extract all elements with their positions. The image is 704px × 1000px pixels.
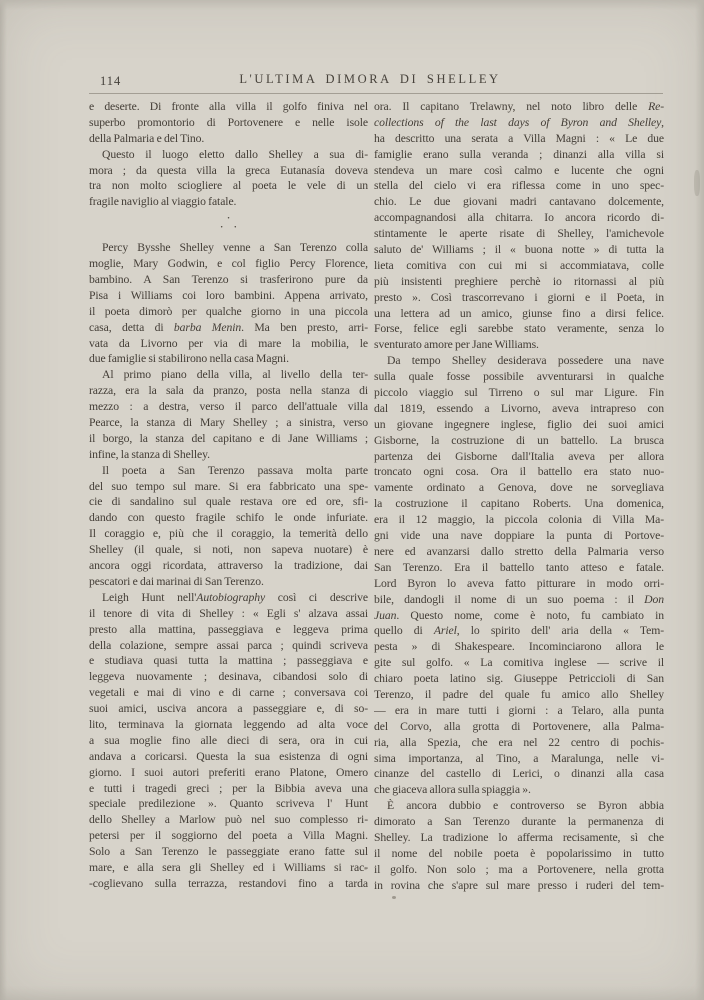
- text: ,: [661, 116, 664, 129]
- italic-text: Autobiography: [196, 591, 265, 604]
- scan-speck: [392, 896, 396, 899]
- text-line: gni vide una nave doppiare la punta di P…: [374, 528, 664, 544]
- text-line: suoi amici, usciva ancora a passeggiare …: [89, 701, 368, 717]
- text-line: chiaro poeta latino sig. Giuseppe Petric…: [374, 671, 664, 687]
- text-line: famiglie erano sulla veranda ; dinanzi a…: [374, 147, 664, 163]
- text-line: ora. Il capitano Trelawny, nel noto libr…: [374, 99, 664, 115]
- text-line: stendeva un mare così calmo e lucente ch…: [374, 163, 664, 179]
- text-line: che giaceva allora sulla spiaggia ».: [374, 782, 664, 798]
- text-line: bambino. A San Terenzo si trasferirono p…: [89, 272, 368, 288]
- text-line: Questo il luogo eletto dallo Shelley a s…: [89, 147, 368, 163]
- text-line: casa, detta di barba Menin. Ma ben prest…: [89, 320, 368, 336]
- text-line: una lettera ad un amico, giunse fino a d…: [374, 306, 664, 322]
- text: Leigh Hunt nell': [102, 591, 196, 604]
- text-line: era il 12 maggio, la piccola colonia di …: [374, 512, 664, 528]
- text-line: leggeva nuovamente ; desinava, cibandosi…: [89, 669, 368, 685]
- text-line: bile, dandogli il nome di un suo poema :…: [374, 592, 664, 608]
- scan-smudge: [694, 170, 700, 196]
- text-line: Gisborne, la costruzione di un battello.…: [374, 433, 664, 449]
- italic-text: Don: [644, 593, 664, 606]
- text-line: Forse, felice egli sarebbe stato veramen…: [374, 321, 664, 337]
- text-line: Terenzo, il padre del quale fu amico all…: [374, 687, 664, 703]
- text-line: collections of the last days of Byron an…: [374, 115, 664, 131]
- text-line: vata da Livorno per via di mare la mobil…: [89, 336, 368, 352]
- text-line: due famiglie si stabilirono nella casa M…: [89, 351, 368, 367]
- text: . Questo nome, come è noto, fu cambiato …: [396, 609, 664, 622]
- text-line: dimorato a San Terenzo durante la perman…: [374, 814, 664, 830]
- text-line: vamente ordinato a Genova, dove ne sorve…: [374, 480, 664, 496]
- text-line: Juan. Questo nome, come è noto, fu cambi…: [374, 608, 664, 624]
- text-line: È ancora dubbio e controverso se Byron a…: [374, 798, 664, 814]
- text-line: stella del cielo vi era riflessa come in…: [374, 178, 664, 194]
- text-line: speciale predilezione ». Quanto scriveva…: [89, 796, 368, 812]
- text-line: tra non molto sciogliere al poeta le vel…: [89, 178, 368, 194]
- text-line: Pearce, la stanza di Mary Shelley ; a si…: [89, 415, 368, 431]
- text-line: sulla quale fosse possibile avventurarsi…: [374, 369, 664, 385]
- text-line: razza, era la sala da pranzo, posta nell…: [89, 383, 368, 399]
- text-line: gite sul golfo. « La comitiva inglese — …: [374, 655, 664, 671]
- text-line: — era in mare tutti i giorni : a Telaro,…: [374, 703, 664, 719]
- text-line: un giovane ingegnere inglese, figlio dei…: [374, 417, 664, 433]
- text: ora. Il capitano Trelawny, nel noto libr…: [374, 100, 648, 113]
- text-line: vegetali e mai di vino e di carne ; conv…: [89, 685, 368, 701]
- text: quello di: [374, 624, 434, 637]
- text-line: il poeta dimorò per qualche giorno in un…: [89, 304, 368, 320]
- text-line: la costruzione il capitano Roberts. Una …: [374, 496, 664, 512]
- text-line: andava a coricarsi. Questa la sua esiste…: [89, 749, 368, 765]
- book-page: 114 L'ULTIMA DIMORA DI SHELLEY e deserte…: [0, 0, 704, 1000]
- text-line: Lord Byron lo aveva fatto pitturare in m…: [374, 576, 664, 592]
- text-line: pesta » di Shakespeare. Incominciarono a…: [374, 639, 664, 655]
- running-title: L'ULTIMA DIMORA DI SHELLEY: [160, 72, 580, 87]
- text-line: Leigh Hunt nell'Autobiography così ci de…: [89, 590, 368, 606]
- text-line: Al primo piano della villa, al livello d…: [89, 367, 368, 383]
- italic-text: Juan: [374, 609, 396, 622]
- text-line: giorno. I suoi autori preferiti erano Pl…: [89, 765, 368, 781]
- text-line: e tutti i tragedi greci ; per la Bibbia …: [89, 781, 368, 797]
- text-line: mezzo : a destra, verso il parco dell'at…: [89, 399, 368, 415]
- text-line: sima importanza, al Tino, a Maralunga, n…: [374, 751, 664, 767]
- paragraph: Da tempo Shelley desiderava possedere un…: [374, 353, 664, 798]
- text-line: ancora oggi ricordata, attraverso la tra…: [89, 558, 368, 574]
- text-line: il nome del nobile poeta è popolarissimo…: [374, 846, 664, 862]
- paragraph: Leigh Hunt nell'Autobiography così ci de…: [89, 590, 368, 892]
- asterism-separator: ·· ·: [89, 210, 368, 240]
- text-line: più insistenti preghiere perchè io ritor…: [374, 274, 664, 290]
- text-line: Da tempo Shelley desiderava possedere un…: [374, 353, 664, 369]
- text-line: piccolo viaggio sul Tirreno o sul mar Li…: [374, 385, 664, 401]
- text-line: Shelley. La tradizione lo afferma recisa…: [374, 830, 664, 846]
- text-line: presto alla mattina, passeggiava e legge…: [89, 622, 368, 638]
- text-line: della Palmaria e del Tino.: [89, 131, 368, 147]
- text-line: cie di sandalino sul quale restava ore e…: [89, 494, 368, 510]
- text-line: Shelley (il quale, si noti, non sapeva n…: [89, 542, 368, 558]
- text-line: pescatori e dai marinai di San Terenzo.: [89, 574, 368, 590]
- text-line: dal 1819, essendo a Livorno, aveva intra…: [374, 401, 664, 417]
- text-line: e studiava quasi tutta la mattina ; pass…: [89, 653, 368, 669]
- text-line: mare, e alla sera gli Shelley ed i Willi…: [89, 860, 368, 876]
- text-line: presto ». Così trascorrevano i giorni e …: [374, 290, 664, 306]
- italic-text: Re-: [648, 100, 664, 113]
- text-line: del suo tempo sul mare. Si era fabbricat…: [89, 479, 368, 495]
- text-line: il golfo. Non solo ; ma a Portovenere, n…: [374, 862, 664, 878]
- text-line: e deserte. Di fronte alla villa il golfo…: [89, 99, 368, 115]
- italic-text: barba Menin: [174, 321, 241, 334]
- text-line: moglie, Mary Godwin, e col figlio Percy …: [89, 256, 368, 272]
- right-column: ora. Il capitano Trelawny, nel noto libr…: [374, 99, 664, 894]
- text-line: accompagnandosi alla chitarra. Io ancora…: [374, 210, 664, 226]
- text-line: troncato ogni cosa. Ora il battello era …: [374, 464, 664, 480]
- text-line: sventurato amore per Jane Williams.: [374, 337, 664, 353]
- text-line: chio. Le due giovani madri cantavano dol…: [374, 194, 664, 210]
- text-line: in rovina che s'apre sul mare presso i r…: [374, 878, 664, 894]
- text-line: mora ; da questa villa la greca Eutanasí…: [89, 163, 368, 179]
- text-line: Il poeta a San Terenzo passava molta par…: [89, 463, 368, 479]
- italic-text: collections of the last days of Byron an…: [374, 116, 661, 129]
- text-line: cinanze del castello di Lerici, o dinanz…: [374, 766, 664, 782]
- text-line: dando con questo fragile schifo le onde …: [89, 510, 368, 526]
- text-line: Pisa i Williams coi loro bambini. Appena…: [89, 288, 368, 304]
- text-line: a sua moglie fino alle dieci di sera, or…: [89, 733, 368, 749]
- text-line: il tenore di vita di Shelley : « Egli s'…: [89, 606, 368, 622]
- text-line: petersi per il soggiorno del poeta a Vil…: [89, 828, 368, 844]
- text-line: il borgo, la stanza del capitano e di Ja…: [89, 431, 368, 447]
- paragraph: Il poeta a San Terenzo passava molta par…: [89, 463, 368, 590]
- header-rule: [89, 93, 663, 94]
- text-line: -coglievano sulla terrazza, restandovi f…: [89, 876, 368, 892]
- paragraph: Percy Bysshe Shelley venne a San Terenzo…: [89, 240, 368, 367]
- text-line: lieta comitiva con cui mi si accommiatav…: [374, 258, 664, 274]
- text: . Ma ben presto, arri-: [241, 321, 368, 334]
- text-line: Il coraggio e, più che il coraggio, la t…: [89, 526, 368, 542]
- italic-text: Ariel: [434, 624, 457, 637]
- text: , lo spirito dell' aria della « Tem-: [457, 624, 664, 637]
- paragraph: Al primo piano della villa, al livello d…: [89, 367, 368, 462]
- text-line: nere ed avanzarsi dallo stretto della Pa…: [374, 544, 664, 560]
- text-line: ria, alla Spezia, che era nel 22 centro …: [374, 735, 664, 751]
- left-column: e deserte. Di fronte alla villa il golfo…: [89, 99, 368, 892]
- text-line: quello di Ariel, lo spirito dell' aria d…: [374, 623, 664, 639]
- text-line: superbo promontorio di Portovenere e nel…: [89, 115, 368, 131]
- text-line: del Corvo, alla grotta di Portovenere, a…: [374, 719, 664, 735]
- text-line: Percy Bysshe Shelley venne a San Terenzo…: [89, 240, 368, 256]
- text: così ci descrive: [265, 591, 368, 604]
- text-line: ha descritto una serata a Villa Magni : …: [374, 131, 664, 147]
- text: bile, dandogli il nome di un suo poema :…: [374, 593, 644, 606]
- scan-speck: [364, 867, 367, 870]
- page-number: 114: [100, 74, 121, 89]
- text-line: stintamente le aperte risate di Shelley,…: [374, 226, 664, 242]
- text-line: fragile naviglio al viaggio fatale.: [89, 194, 368, 210]
- text-line: partenza dei Gisborne dall'Italia aveva …: [374, 449, 664, 465]
- text-line: dello Shelley a Marlow può nel suo compl…: [89, 812, 368, 828]
- text-line: Solo a San Terenzo le passeggiate erano …: [89, 844, 368, 860]
- paragraph: e deserte. Di fronte alla villa il golfo…: [89, 99, 368, 147]
- paragraph: ora. Il capitano Trelawny, nel noto libr…: [374, 99, 664, 353]
- text-line: infine, la stanza di Shelley.: [89, 447, 368, 463]
- text: casa, detta di: [89, 321, 174, 334]
- paragraph: È ancora dubbio e controverso se Byron a…: [374, 798, 664, 893]
- paragraph: Questo il luogo eletto dallo Shelley a s…: [89, 147, 368, 211]
- text-line: saluto de' Williams ; il « buona notte »…: [374, 242, 664, 258]
- text-line: della colazione, sempre assai parca ; qu…: [89, 638, 368, 654]
- text-line: lito, terminava la giornata leggendo ad …: [89, 717, 368, 733]
- text-line: San Terenzo. Era il battello tanto attes…: [374, 560, 664, 576]
